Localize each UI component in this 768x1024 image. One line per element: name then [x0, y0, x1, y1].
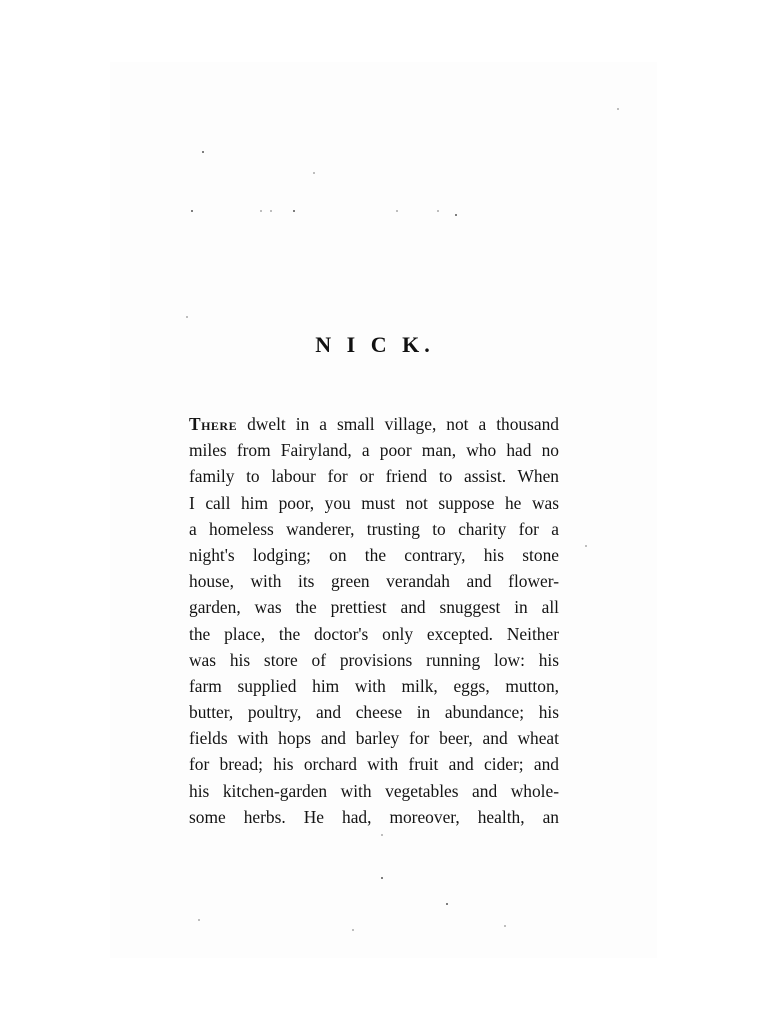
opening-word: There — [189, 414, 237, 434]
scan-speck — [437, 210, 439, 212]
scan-speck — [504, 925, 506, 927]
scan-speck — [585, 545, 587, 547]
scan-speck — [617, 108, 619, 110]
scan-speck — [191, 210, 193, 212]
text-line: farm supplied him with milk, eggs, mutto… — [189, 673, 559, 699]
text-line: garden, was the prettiest and snuggest i… — [189, 594, 559, 620]
text-line: miles from Fairyland, a poor man, who ha… — [189, 437, 559, 463]
text-line: some herbs. He had, moreover, health, an — [189, 804, 559, 830]
scan-speck — [202, 151, 204, 153]
text-line: There dwelt in a small village, not a th… — [189, 411, 559, 437]
text-line: I call him poor, you must not suppose he… — [189, 490, 559, 516]
chapter-title: N I C K. — [300, 332, 450, 358]
scan-speck — [198, 919, 200, 921]
scan-speck — [446, 903, 448, 905]
body-paragraph: There dwelt in a small village, not a th… — [189, 411, 559, 830]
scan-speck — [381, 834, 383, 836]
text-line: night's lodging; on the contrary, his st… — [189, 542, 559, 568]
text-line: a homeless wanderer, trusting to charity… — [189, 516, 559, 542]
text-line: fields with hops and barley for beer, an… — [189, 725, 559, 751]
scan-speck — [270, 210, 272, 212]
scan-speck — [293, 210, 295, 212]
scan-speck — [313, 172, 315, 174]
text-line: butter, poultry, and cheese in abundance… — [189, 699, 559, 725]
scan-speck — [260, 210, 262, 212]
scan-speck — [352, 929, 354, 931]
scan-speck — [381, 877, 383, 879]
text-line: was his store of provisions running low:… — [189, 647, 559, 673]
scan-speck — [455, 214, 457, 216]
text-line: family to labour for or friend to assist… — [189, 463, 559, 489]
text-line: house, with its green verandah and flowe… — [189, 568, 559, 594]
scan-speck — [396, 210, 398, 212]
text-line: the place, the doctor's only excepted. N… — [189, 621, 559, 647]
text-line: for bread; his orchard with fruit and ci… — [189, 751, 559, 777]
text-line: his kitchen-garden with vegetables and w… — [189, 778, 559, 804]
scan-speck — [186, 316, 188, 318]
